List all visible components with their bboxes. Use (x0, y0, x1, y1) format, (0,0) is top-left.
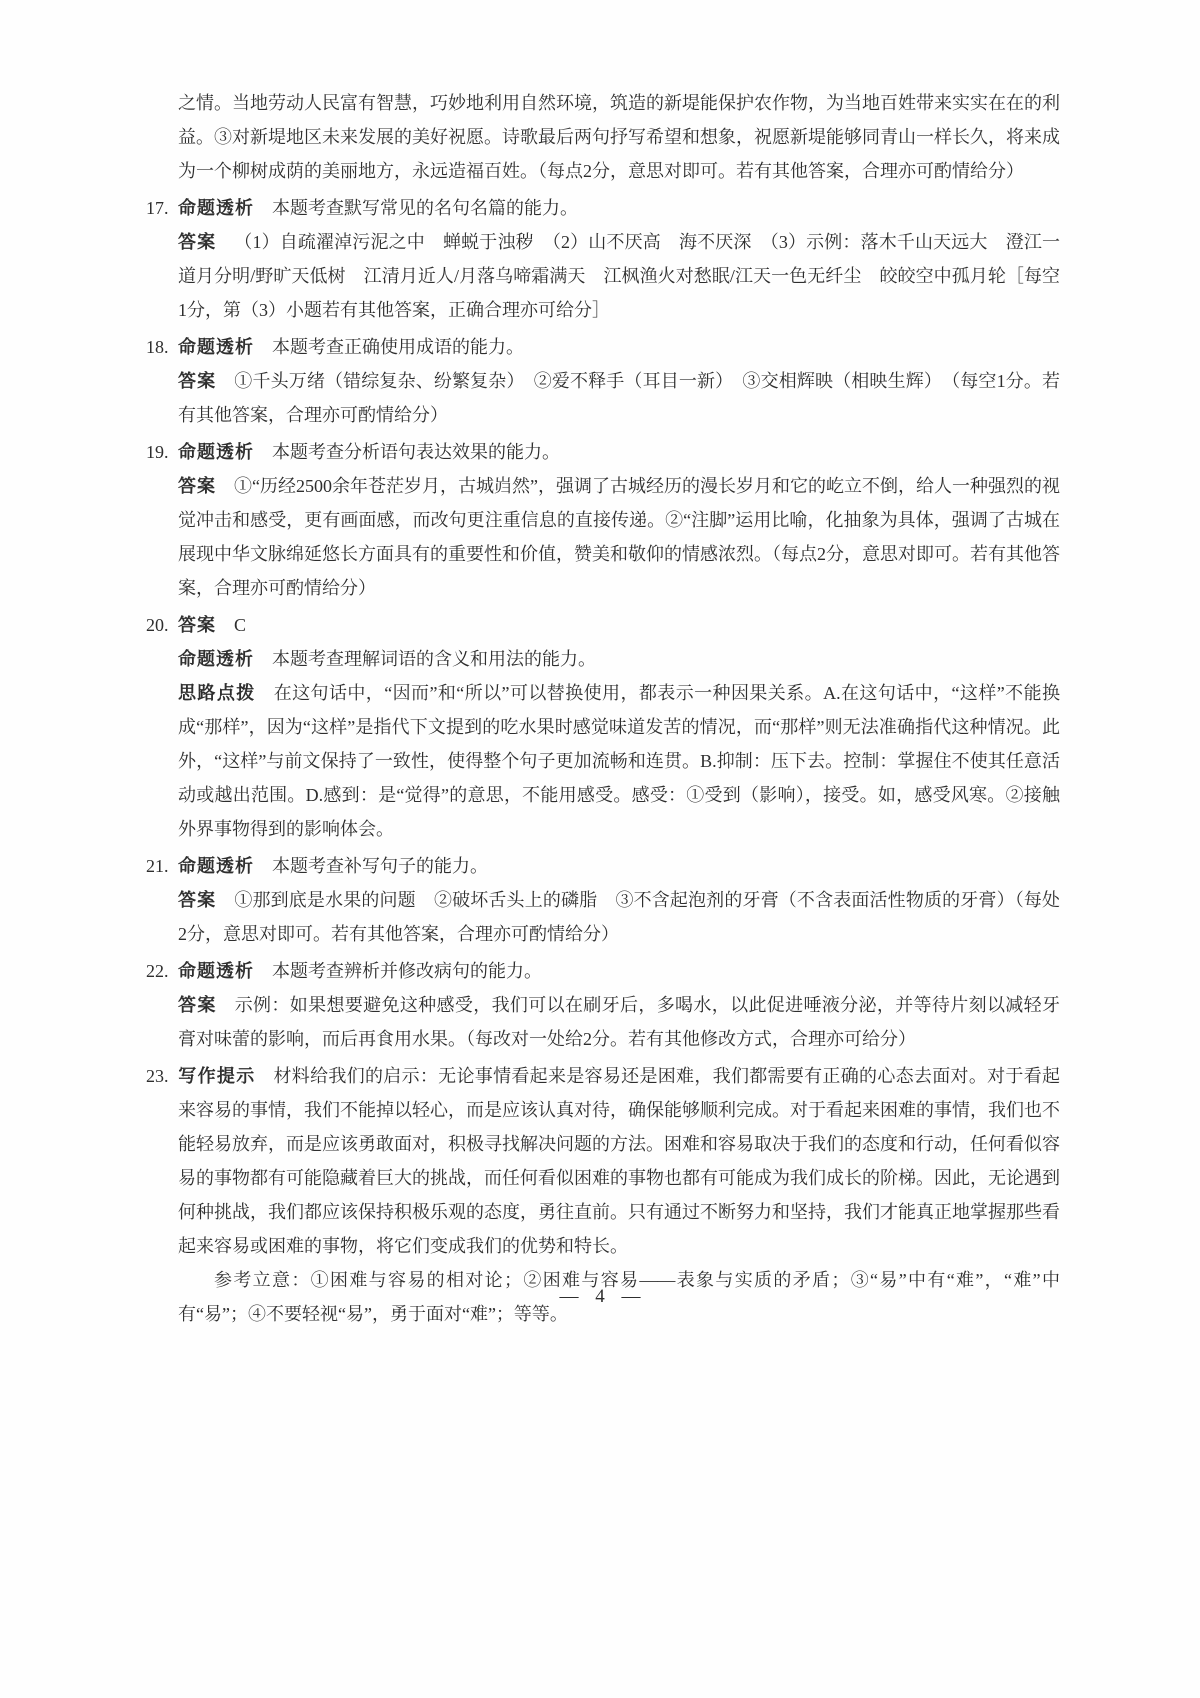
answer-label: 答案 (178, 232, 216, 252)
tips-text: 在这句话中，“因而”和“所以”可以替换使用，都表示一种因果关系。A.在这句话中，… (178, 683, 1060, 839)
answer-text: 示例：如果想要避免这种感受，我们可以在刷牙后，多喝水，以此促进唾液分泌，并等待片… (178, 995, 1060, 1049)
item-number: 20. (146, 608, 178, 642)
analysis-text: 本题考查分析语句表达效果的能力。 (272, 442, 560, 462)
analysis-label: 命题透析 (178, 649, 254, 669)
answer-label: 答案 (178, 890, 216, 910)
answer-label: 答案 (178, 995, 217, 1015)
analysis-label: 命题透析 (178, 961, 254, 981)
analysis-text: 本题考查默写常见的名句名篇的能力。 (272, 198, 578, 218)
writing-tips-text: 材料给我们的启示：无论事情看起来是容易还是困难，我们都需要有正确的心态去面对。对… (178, 1066, 1060, 1256)
item-number: 17. (146, 191, 178, 225)
item-21-answer: 答案①那到底是水果的问题 ②破坏舌头上的磷脂 ③不含起泡剂的牙膏（不含表面活性物… (178, 883, 1060, 951)
item-22-answer: 答案示例：如果想要避免这种感受，我们可以在刷牙后，多喝水，以此促进唾液分泌，并等… (178, 988, 1060, 1056)
answer-text: ①千头万绪（错综复杂、纷繁复杂） ②爱不释手（耳目一新） ③交相辉映（相映生辉）… (178, 371, 1060, 425)
answer-label: 答案 (178, 615, 216, 635)
analysis-text: 本题考查理解词语的含义和用法的能力。 (272, 649, 596, 669)
item-17-analysis: 17.命题透析本题考查默写常见的名句名篇的能力。 (178, 191, 1060, 225)
answer-label: 答案 (178, 476, 216, 496)
item-19-analysis: 19.命题透析本题考查分析语句表达效果的能力。 (178, 435, 1060, 469)
item-number: 22. (146, 954, 178, 988)
answer-key-page: 之情。当地劳动人民富有智慧，巧妙地利用自然环境，筑造的新堤能保护农作物，为当地百… (0, 0, 1200, 1698)
item-17: 17.命题透析本题考查默写常见的名句名篇的能力。 答案（1）自疏濯淖污泥之中 蝉… (146, 191, 1060, 327)
item-number: 21. (146, 849, 178, 883)
item-21: 21.命题透析本题考查补写句子的能力。 答案①那到底是水果的问题 ②破坏舌头上的… (146, 849, 1060, 951)
item-20-tips: 思路点拨在这句话中，“因而”和“所以”可以替换使用，都表示一种因果关系。A.在这… (178, 676, 1060, 846)
analysis-label: 命题透析 (178, 856, 254, 876)
item-22: 22.命题透析本题考查辨析并修改病句的能力。 答案示例：如果想要避免这种感受，我… (146, 954, 1060, 1056)
item-20-answer: 20.答案C (178, 608, 1060, 642)
analysis-text: 本题考查正确使用成语的能力。 (272, 337, 524, 357)
answer-text: ①那到底是水果的问题 ②破坏舌头上的磷脂 ③不含起泡剂的牙膏（不含表面活性物质的… (178, 890, 1060, 944)
carryover-text: 之情。当地劳动人民富有智慧，巧妙地利用自然环境，筑造的新堤能保护农作物，为当地百… (178, 93, 1060, 181)
item-21-analysis: 21.命题透析本题考查补写句子的能力。 (178, 849, 1060, 883)
page-number: — 4 — (146, 1286, 1060, 1308)
answer-label: 答案 (178, 371, 216, 391)
item-19: 19.命题透析本题考查分析语句表达效果的能力。 答案①“历经2500余年苍茫岁月… (146, 435, 1060, 605)
tips-label: 思路点拨 (178, 683, 256, 703)
answer-text: （1）自疏濯淖污泥之中 蝉蜕于浊秽 （2）山不厌高 海不厌深 （3）示例：落木千… (178, 232, 1060, 320)
item-20: 20.答案C 命题透析本题考查理解词语的含义和用法的能力。 思路点拨在这句话中，… (146, 608, 1060, 846)
item-17-answer: 答案（1）自疏濯淖污泥之中 蝉蜕于浊秽 （2）山不厌高 海不厌深 （3）示例：落… (178, 225, 1060, 327)
item-18-analysis: 18.命题透析本题考查正确使用成语的能力。 (178, 330, 1060, 364)
item-19-answer: 答案①“历经2500余年苍茫岁月，古城岿然”，强调了古城经历的漫长岁月和它的屹立… (178, 469, 1060, 605)
item-18: 18.命题透析本题考查正确使用成语的能力。 答案①千头万绪（错综复杂、纷繁复杂）… (146, 330, 1060, 432)
carryover-paragraph: 之情。当地劳动人民富有智慧，巧妙地利用自然环境，筑造的新堤能保护农作物，为当地百… (178, 86, 1060, 188)
answer-choice: C (234, 615, 246, 635)
analysis-label: 命题透析 (178, 337, 254, 357)
analysis-label: 命题透析 (178, 442, 254, 462)
answer-key-content: 之情。当地劳动人民富有智慧，巧妙地利用自然环境，筑造的新堤能保护农作物，为当地百… (146, 86, 1060, 1334)
item-number: 19. (146, 435, 178, 469)
carryover-block: 之情。当地劳动人民富有智慧，巧妙地利用自然环境，筑造的新堤能保护农作物，为当地百… (146, 86, 1060, 188)
answer-text: ①“历经2500余年苍茫岁月，古城岿然”，强调了古城经历的漫长岁月和它的屹立不倒… (178, 476, 1060, 598)
analysis-label: 命题透析 (178, 198, 254, 218)
item-number: 18. (146, 330, 178, 364)
item-number: 23. (146, 1059, 178, 1093)
analysis-text: 本题考查补写句子的能力。 (272, 856, 488, 876)
item-22-analysis: 22.命题透析本题考查辨析并修改病句的能力。 (178, 954, 1060, 988)
item-20-analysis: 命题透析本题考查理解词语的含义和用法的能力。 (178, 642, 1060, 676)
item-18-answer: 答案①千头万绪（错综复杂、纷繁复杂） ②爱不释手（耳目一新） ③交相辉映（相映生… (178, 364, 1060, 432)
analysis-text: 本题考查辨析并修改病句的能力。 (272, 961, 542, 981)
item-23-writing-tips: 23.写作提示材料给我们的启示：无论事情看起来是容易还是困难，我们都需要有正确的… (178, 1059, 1060, 1263)
writing-tips-label: 写作提示 (178, 1066, 256, 1086)
